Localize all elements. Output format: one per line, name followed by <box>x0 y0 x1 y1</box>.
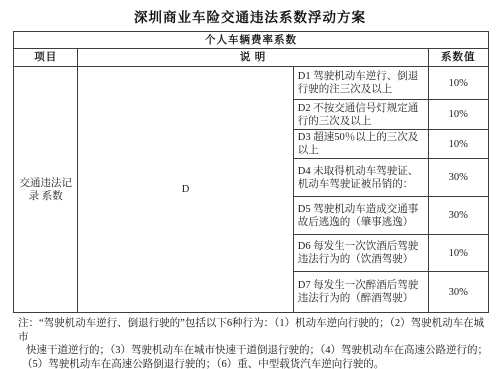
row-d4-description: D4 未取得机动车驾驶证、机动车驾驶证被吊销的： <box>293 159 428 197</box>
page-title: 深圳商业车险交通违法系数浮动方案 <box>0 6 500 26</box>
column-header-coefficient: 系数值 <box>428 49 488 67</box>
footnote-line: 注：“驾驶机动车逆行、倒退行驶的”包括以下6种行为：（1）机动车逆向行驶的；（2… <box>18 317 494 344</box>
row-d6-value: 10% <box>428 235 488 272</box>
document-page: 深圳商业车险交通违法系数浮动方案 个人车辆费率系数 项目 说 明 系数值 交通违… <box>0 0 500 369</box>
row-d1-value: 10% <box>428 67 488 100</box>
item-label-cell: 交通违法记录 系数 <box>14 67 78 313</box>
group-code-cell: D <box>78 67 293 313</box>
row-d4-value: 30% <box>428 159 488 197</box>
table-row: 交通违法记录 系数 D D1 驾驶机动车逆行、倒退行驶的注三次及以上 10% <box>14 67 489 100</box>
row-d5-description: D5 驾驶机动车造成交通事故后逃逸的（肇事逃逸） <box>293 197 428 235</box>
row-d7-value: 30% <box>428 272 488 313</box>
table-column-header-row: 项目 说 明 系数值 <box>14 49 489 67</box>
footnote-line: （5）驾驶机动车在高速公路倒退行驶的；（6）重、中型载货汽车逆向行驶的。 <box>22 358 494 369</box>
row-d6-description: D6 每发生一次饮酒后驾驶违法行为的（饮酒驾驶） <box>293 235 428 272</box>
row-d7-description: D7 每发生一次醉酒后驾驶违法行为的（醉酒驾驶） <box>293 272 428 313</box>
column-header-description: 说 明 <box>78 49 428 67</box>
row-d1-description: D1 驾驶机动车逆行、倒退行驶的注三次及以上 <box>293 67 428 100</box>
footnote: 注：“驾驶机动车逆行、倒退行驶的”包括以下6种行为：（1）机动车逆向行驶的；（2… <box>0 317 494 369</box>
row-d2-value: 10% <box>428 100 488 130</box>
column-header-item: 项目 <box>14 49 78 67</box>
coefficient-table: 个人车辆费率系数 项目 说 明 系数值 交通违法记录 系数 D D1 驾驶机动车… <box>13 31 489 313</box>
footnote-line: 快速干道逆行的；（3）驾驶机动车在城市快速干道倒退行驶的；（4）驾驶机动车在高速… <box>26 344 494 358</box>
row-d3-description: D3 超速50％以上的三次及以上 <box>293 130 428 159</box>
row-d3-value: 10% <box>428 130 488 159</box>
table-title: 个人车辆费率系数 <box>14 32 489 49</box>
row-d2-description: D2 不按交通信号灯规定通行的三次及以上 <box>293 100 428 130</box>
table-title-row: 个人车辆费率系数 <box>14 32 489 49</box>
row-d5-value: 30% <box>428 197 488 235</box>
